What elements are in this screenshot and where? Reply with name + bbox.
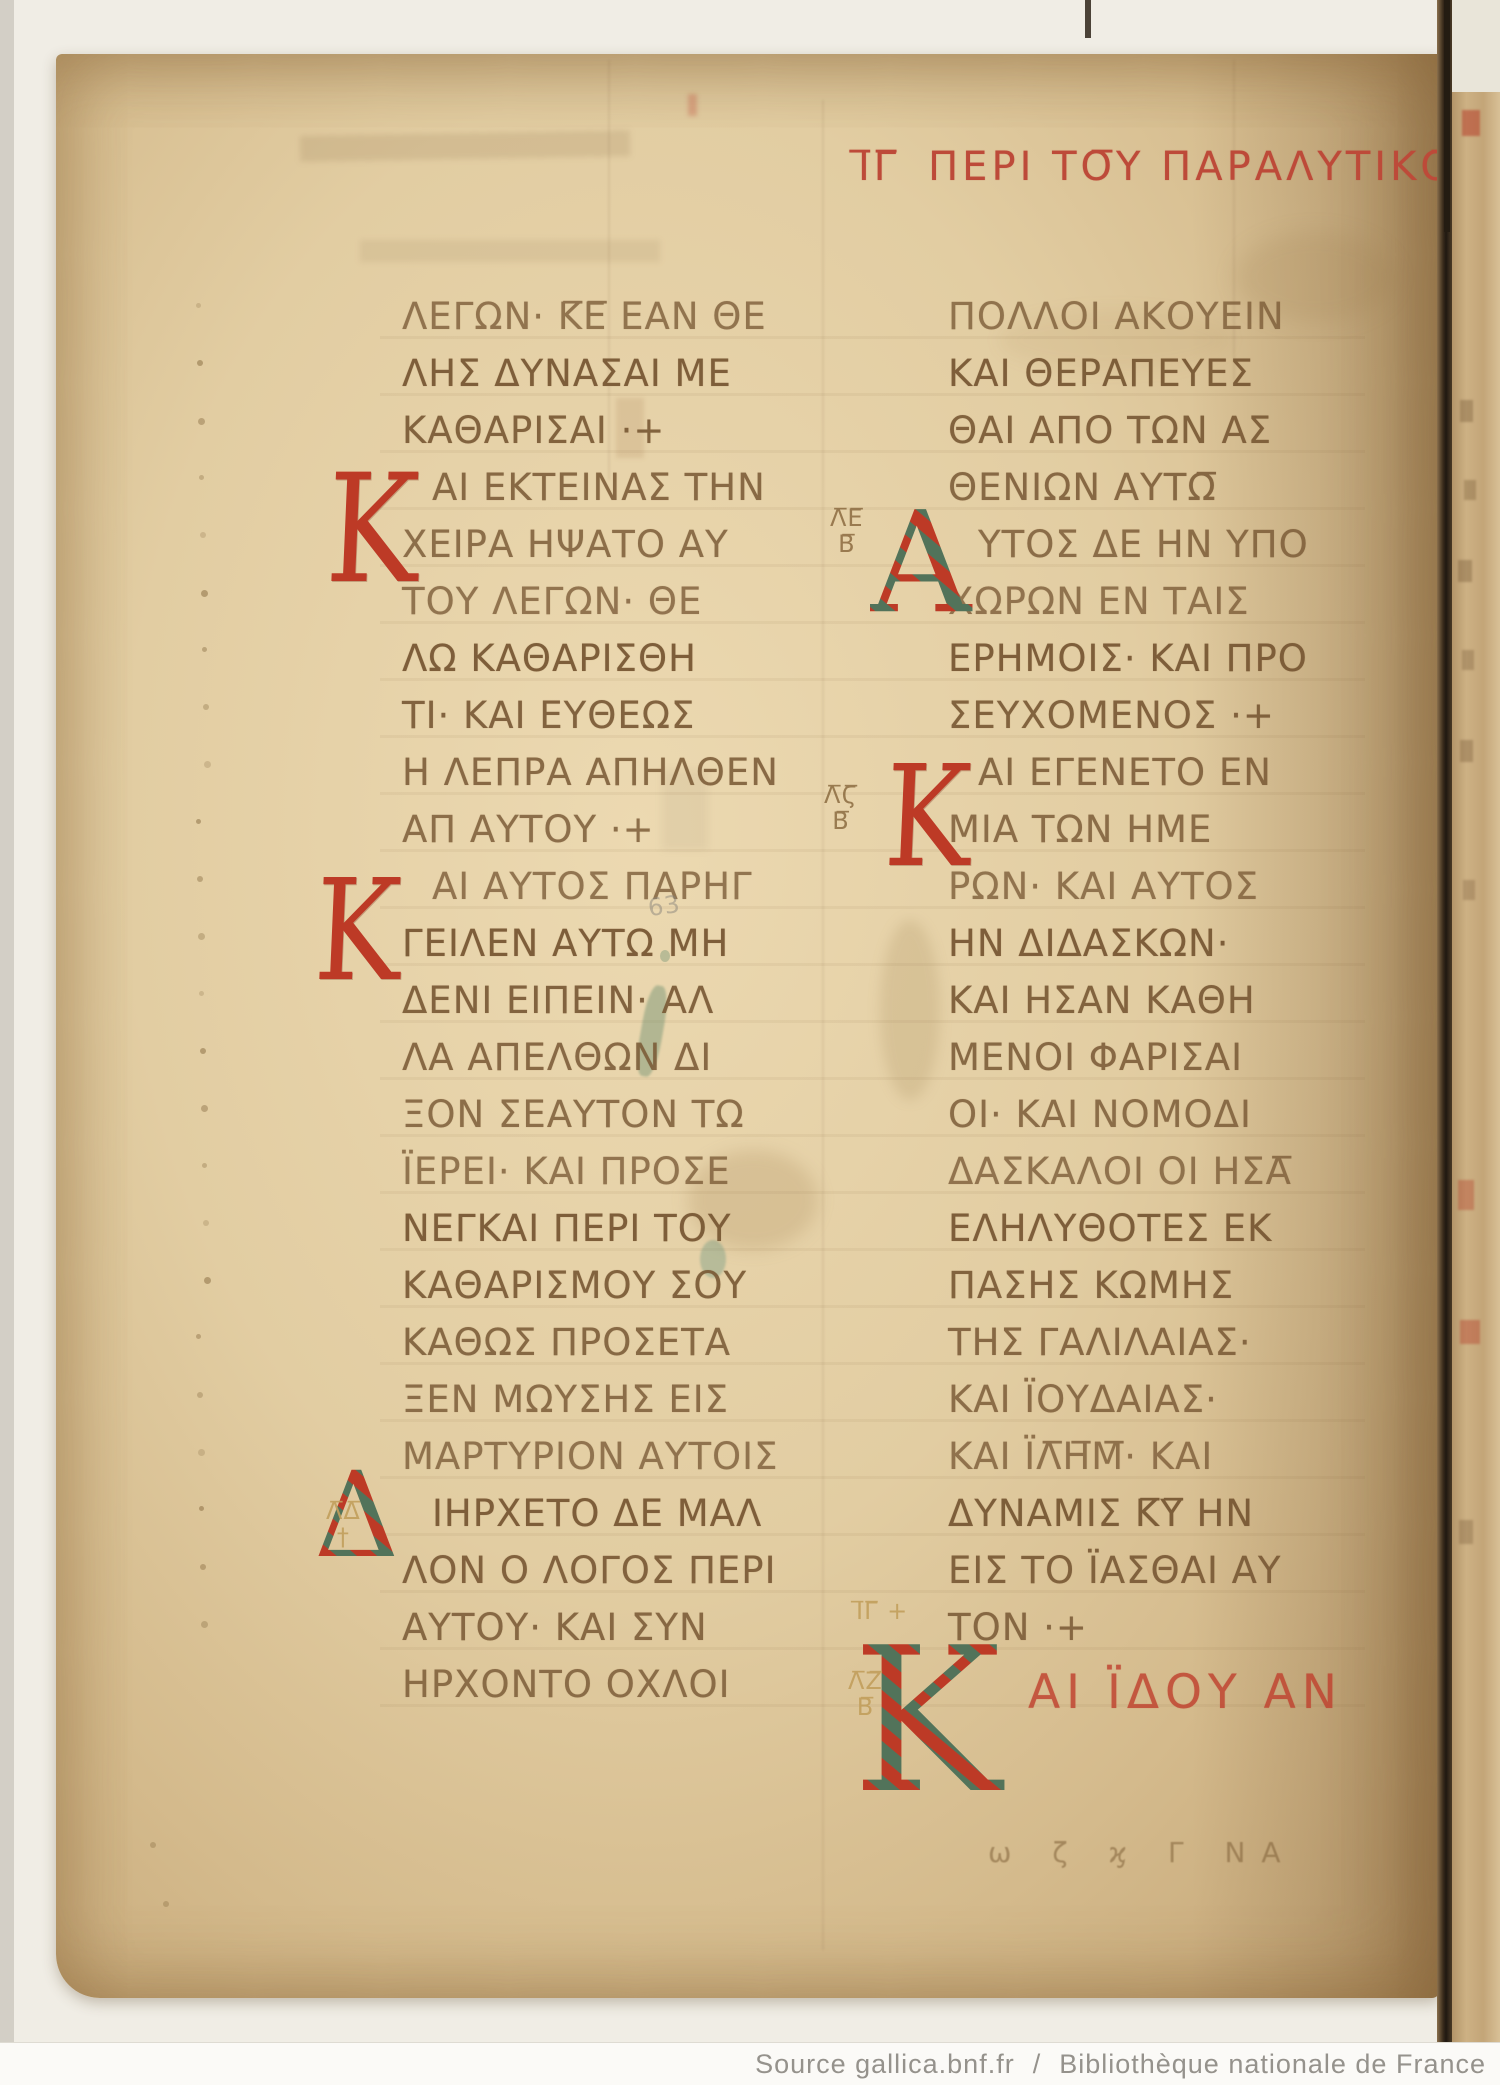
decorated-initial-Α: Α (870, 488, 1003, 652)
manuscript-line: ΘΑΙ ΑΠΟ ΤΩΝ ΑΣ (948, 402, 1418, 459)
manuscript-line: ΜΕΝΟΙ ΦΑΡΙΣΑΙ (948, 1029, 1418, 1086)
marginal-section-number: 63 (646, 891, 682, 921)
pricking-dot (198, 1449, 205, 1456)
manuscript-line: ΛΟΝ Ο ΛΟΓΟΣ ΠΕΡΙ (402, 1542, 872, 1599)
manuscript-line: ΥΤΟΣ ΔΕ ΗΝ ΥΠΟ (978, 516, 1418, 573)
pricking-dot (199, 991, 204, 996)
manuscript-line: ΚΑΘΑΡΙΣΜΟΥ ΣΟΥ (402, 1257, 872, 1314)
manuscript-line: ΠΑΣΗΣ ΚΩΜΗΣ (948, 1257, 1418, 1314)
text-column-right: ΠΟΛΛΟΙ ΑΚΟΥΕΙΝΚΑΙ ΘΕΡΑΠΕΥΕΣΘΑΙ ΑΠΟ ΤΩΝ Α… (948, 288, 1418, 1721)
pricking-dot (201, 590, 208, 597)
faint-scribble: ω ζ ϗ Γ ΝΑ (988, 1836, 1297, 1869)
book-gutter (1437, 0, 1452, 2042)
manuscript-line: ΝΕΓΚΑΙ ΠΕΡΙ ΤΟΥ (402, 1200, 872, 1257)
pricking-dot (196, 303, 201, 308)
marginal-section-number: Λ̅Ϛ̅Β̅ (824, 782, 858, 834)
manuscript-line: ΧΩΡΩΝ ΕΝ ΤΑΙΣ (948, 573, 1418, 630)
manuscript-line: ΚΑΘΩΣ ΠΡΟΣΕΤΑ (402, 1314, 872, 1371)
manuscript-line: ΡΩΝ· ΚΑΙ ΑΥΤΟΣ (948, 858, 1418, 915)
manuscript-line: ΚΑΙ ΗΣΑΝ ΚΑΘΗ (948, 972, 1418, 1029)
clamp-mark (1085, 0, 1091, 38)
pricking-dot (202, 1163, 207, 1168)
manuscript-scan: Ι̅Γ̅ ΠΕΡΙ ΤΟ̅Υ ΠΑΡΑΛΥΤΙΚΟ̅Υ + ΛΕΓΩΝ· Κ̅Ε… (0, 0, 1500, 2085)
pricking-dot (200, 1564, 206, 1570)
gallica-caption-bar: Source gallica.bnf.fr / Bibliothèque nat… (0, 2042, 1500, 2085)
flyleaf-edge (1452, 0, 1500, 92)
marginal-section-number: Λ̅Ζ̅Β̅ (848, 1668, 883, 1720)
manuscript-line: ΟΙ· ΚΑΙ ΝΟΜΟΔΙ (948, 1086, 1418, 1143)
pricking-dot (197, 876, 203, 882)
decorated-initial-Κ: Κ (888, 748, 993, 888)
marginal-section-number: Λ̅Ε̅Β̅ (830, 505, 864, 557)
manuscript-line: ΛΕΓΩΝ· Κ̅Ε̅ ΕΑΝ ΘΕ (402, 288, 872, 345)
svg-text:Κ: Κ (852, 1614, 1005, 1838)
source-label: Source gallica.bnf.fr (755, 2049, 1015, 2080)
manuscript-line: ΞΟΝ ΣΕΑΥΤΟΝ ΤΩ (402, 1086, 872, 1143)
lection-number: Ι̅Γ̅ (858, 144, 900, 190)
manuscript-line: ΧΕΙΡΑ ΗΨΑΤΟ ΑΥ (402, 516, 872, 573)
text-column-left: ΛΕΓΩΝ· Κ̅Ε̅ ΕΑΝ ΘΕΛΗΣ ΔΥΝΑΣΑΙ ΜΕΚΑΘΑΡΙΣΑ… (402, 288, 872, 1713)
manuscript-line: ΓΕΙΛΕΝ ΑΥΤΩ ΜΗ (402, 915, 872, 972)
svg-text:Α: Α (870, 488, 973, 645)
manuscript-line: ΑΙ ΕΚΤΕΙΝΑΣ ΤΗΝ (432, 459, 872, 516)
manuscript-line: ΚΑΙ ΪΛ̅Η̅Μ̅· ΚΑΙ (948, 1428, 1418, 1485)
manuscript-line: ΑΙ ΪΔΟΥ ΑΝ (1028, 1664, 1418, 1721)
manuscript-line: ΕΛΗΛΥΘΟΤΕΣ ΕΚ (948, 1200, 1418, 1257)
manuscript-line: ΗΝ ΔΙΔΑΣΚΩΝ· (948, 915, 1418, 972)
manuscript-line: ΚΑΘΑΡΙΣΑΙ ·+ (402, 402, 872, 459)
manuscript-line: ΛΩ ΚΑΘΑΡΙΣΘΗ (402, 630, 872, 687)
manuscript-line: ΘΕΝΙΩΝ ΑΥΤΩ̅ (948, 459, 1418, 516)
manuscript-line: ΕΙΣ ΤΟ ΪΑΣΘΑΙ ΑΥ (948, 1542, 1418, 1599)
pricking-dot (199, 475, 204, 480)
pricking-dot (197, 1392, 203, 1398)
pricking-dot (203, 1220, 209, 1226)
manuscript-line: ΜΑΡΤΥΡΙΟΝ ΑΥΤΟΙΣ (402, 1428, 872, 1485)
manuscript-line: ΔΑΣΚΑΛΟΙ ΟΙ ΗΣΑ̅ (948, 1143, 1418, 1200)
separator: / (1033, 2049, 1042, 2080)
marginal-section-number: Λ̅Δ̅† (326, 1498, 361, 1550)
pricking-dot (196, 819, 201, 824)
manuscript-line: ΤΟΥ ΛΕΓΩΝ· ΘΕ (402, 573, 872, 630)
manuscript-line: ΗΡΧΟΝΤΟ ΟΧΛΟΙ (402, 1656, 872, 1713)
pricking-dot (150, 1842, 156, 1848)
pricking-dot (198, 418, 205, 425)
pricking-dot (201, 1621, 208, 1628)
manuscript-line: ΔΕΝΙ ΕΙΠΕΙΝ· ΑΛ (402, 972, 872, 1029)
manuscript-line: ΙΗΡΧΕΤΟ ΔΕ ΜΑΛ (432, 1485, 872, 1542)
marginal-section-number: Ι̅Γ̅ + (856, 1598, 908, 1624)
manuscript-line: ΪΕΡΕΙ· ΚΑΙ ΠΡΟΣΕ (402, 1143, 872, 1200)
manuscript-line: ΣΕΥΧΟΜΕΝΟΣ ·+ (948, 687, 1418, 744)
pricking-dot (202, 647, 207, 652)
manuscript-line: ΠΟΛΛΟΙ ΑΚΟΥΕΙΝ (948, 288, 1418, 345)
manuscript-line: ΔΥΝΑΜΙΣ Κ̅Υ̅ ΗΝ (948, 1485, 1418, 1542)
manuscript-line: Η ΛΕΠΡΑ ΑΠΗΛΘΕΝ (402, 744, 872, 801)
pricking-dot (200, 1048, 206, 1054)
manuscript-line: ΑΙ ΕΓΕΝΕΤΟ ΕΝ (978, 744, 1418, 801)
manuscript-line: ΕΡΗΜΟΙΣ· ΚΑΙ ΠΡΟ (948, 630, 1418, 687)
decorated-initial-Κ: Κ (852, 1614, 1042, 1847)
lection-title: ΠΕΡΙ ΤΟ̅Υ ΠΑΡΑΛΥΤΙΚΟ̅Υ (928, 144, 1484, 190)
gutter-shadow-line (1444, 0, 1450, 232)
institution-label: Bibliothèque nationale de France (1059, 2049, 1486, 2080)
manuscript-line: ΑΠ ΑΥΤΟΥ ·+ (402, 801, 872, 858)
manuscript-line: ΛΑ ΑΠΕΛΘΩΝ ΔΙ (402, 1029, 872, 1086)
decorated-initial-Κ: Κ (330, 455, 442, 605)
manuscript-line: ΛΗΣ ΔΥΝΑΣΑΙ ΜΕ (402, 345, 872, 402)
manuscript-line: ΤΗΣ ΓΑΛΙΛΑΙΑΣ· (948, 1314, 1418, 1371)
decorated-initial-Κ: Κ (318, 862, 423, 1002)
scan-left-edge (0, 0, 14, 2085)
manuscript-line: ΞΕΝ ΜΩΥΣΗΣ ΕΙΣ (402, 1371, 872, 1428)
manuscript-line: ΚΑΙ ΘΕΡΑΠΕΥΕΣ (948, 345, 1418, 402)
lection-header: Ι̅Γ̅ ΠΕΡΙ ΤΟ̅Υ ΠΑΡΑΛΥΤΙΚΟ̅Υ + (858, 144, 1500, 190)
pricking-dot (163, 1901, 169, 1907)
manuscript-line: ΑΥΤΟΥ· ΚΑΙ ΣΥΝ (402, 1599, 872, 1656)
manuscript-line: ΤΙ· ΚΑΙ ΕΥΘΕΩΣ (402, 687, 872, 744)
manuscript-line: ΜΙΑ ΤΩΝ ΗΜΕ (948, 801, 1418, 858)
manuscript-line: ΚΑΙ ΪΟΥΔΑΙΑΣ· (948, 1371, 1418, 1428)
facing-page-edge (1452, 0, 1500, 2042)
